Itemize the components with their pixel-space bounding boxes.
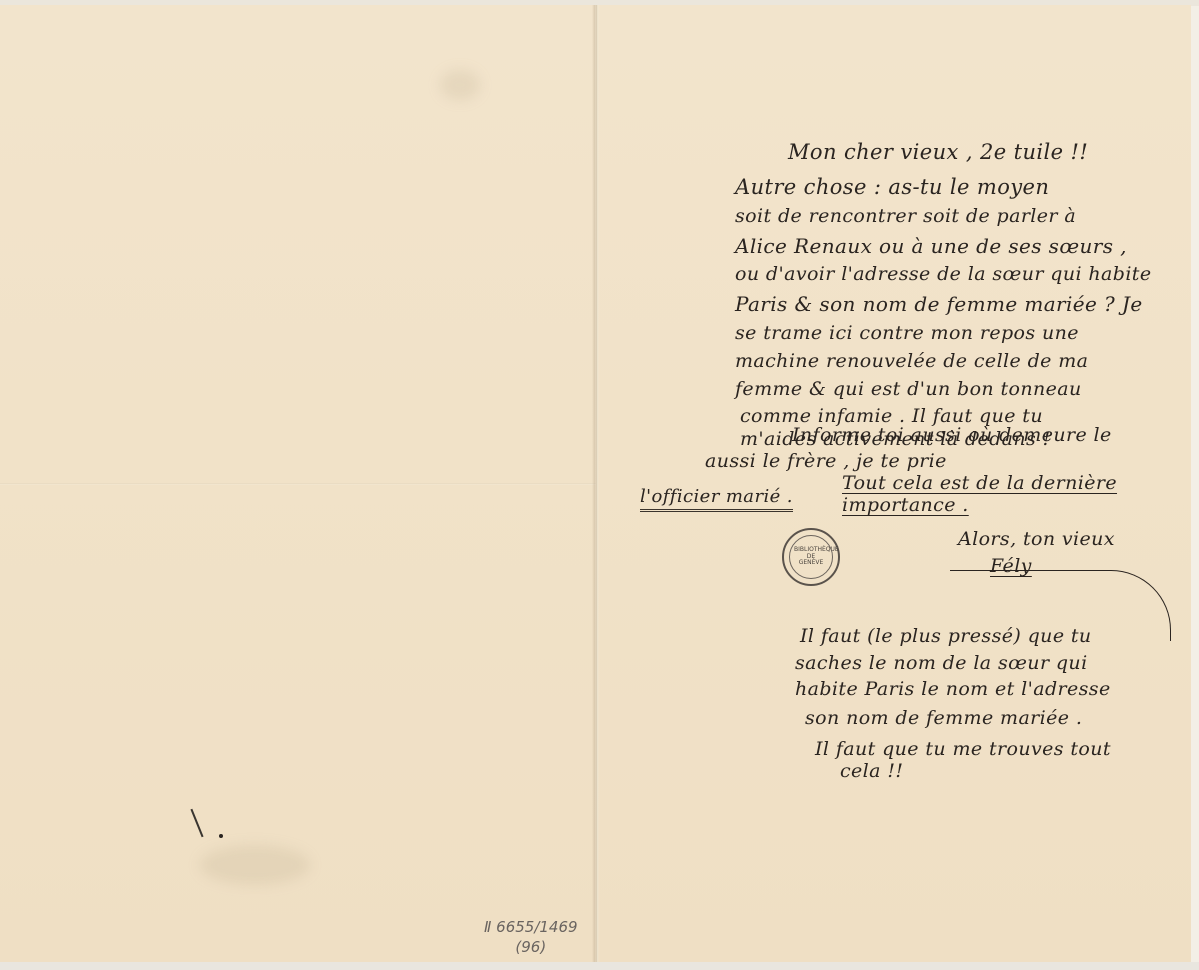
postscript-line-6: cela !! [840, 760, 903, 782]
archive-folio: (96) [484, 937, 578, 957]
letter-line-7: machine renouvelée de celle de ma [735, 350, 1088, 372]
postscript-line-2: saches le nom de la sœur qui [795, 652, 1088, 674]
paper-stain [440, 70, 480, 100]
stamp-text: BIBLIOTHÈQUE DE GENÈVE [794, 547, 828, 567]
postscript-line-4: son nom de femme mariée . [805, 707, 1082, 729]
archive-reference: Ⅱ 6655/1469 [484, 917, 578, 937]
letter-line-4: ou d'avoir l'adresse de la sœur qui habi… [735, 263, 1152, 285]
salutation: Mon cher vieux , 2e tuile !! [788, 140, 1088, 164]
center-fold-crease [592, 5, 600, 963]
postscript-line-3: habite Paris le nom et l'adresse [795, 678, 1111, 700]
ink-dot [219, 834, 223, 838]
letter-line-11: Informe toi aussi où demeure le [792, 424, 1112, 446]
letter-line-13: Tout cela est de la dernière [842, 472, 1117, 494]
closing: Alors, ton vieux [958, 528, 1115, 550]
paper-stain [200, 845, 310, 885]
letter-line-6: se trame ici contre mon repos une [735, 322, 1079, 344]
left-page-blank [0, 5, 597, 963]
letter-line-14: importance . [842, 494, 969, 516]
archive-reference-mark: Ⅱ 6655/1469 (96) [484, 917, 578, 957]
horizontal-fold-crease [0, 483, 596, 485]
letter-line-12: aussi le frère , je te prie [705, 450, 947, 472]
letter-line-3: Alice Renaux ou à une de ses sœurs , [735, 234, 1127, 258]
library-stamp: BIBLIOTHÈQUE DE GENÈVE [782, 528, 840, 586]
letter-line-2: soit de rencontrer soit de parler à [735, 205, 1076, 227]
postscript-line-5: Il faut que tu me trouves tout [815, 738, 1111, 760]
scan-bottom-edge [0, 962, 1199, 970]
margin-note: l'officier marié . [640, 486, 793, 512]
letter-line-8: femme & qui est d'un bon tonneau [735, 378, 1082, 400]
letter-line-1: Autre chose : as-tu le moyen [735, 175, 1049, 199]
letter-line-5: Paris & son nom de femme mariée ? Je [735, 292, 1143, 316]
postscript-line-1: Il faut (le plus pressé) que tu [800, 625, 1092, 647]
